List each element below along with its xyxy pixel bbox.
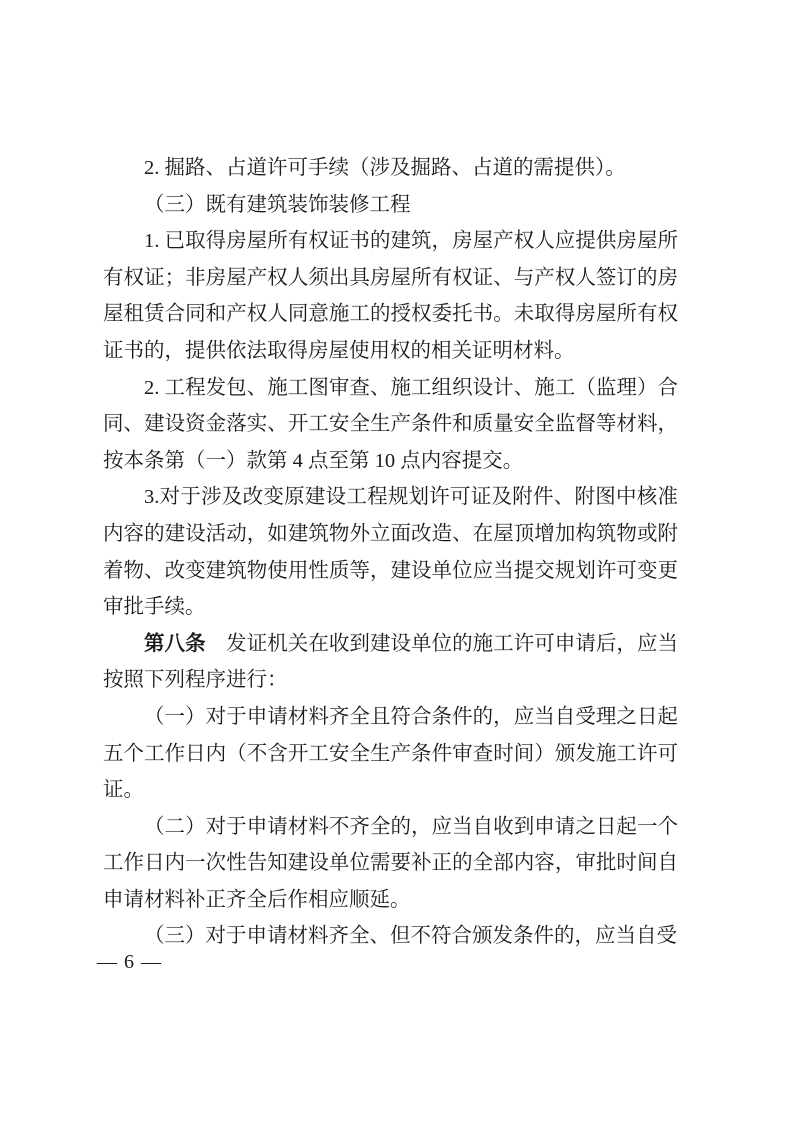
section-heading: （三）既有建筑装饰装修工程: [103, 187, 678, 224]
body-paragraph: （二）对于申请材料不齐全的，应当自收到申请之日起一个工作日内一次性告知建设单位需…: [103, 809, 678, 919]
body-paragraph: 3.对于涉及改变原建设工程规划许可证及附件、附图中核准内容的建设活动，如建筑物外…: [103, 479, 678, 625]
body-paragraph: （三）对于申请材料齐全、但不符合颁发条件的，应当自受: [103, 918, 678, 955]
document-body: 2. 掘路、占道许可手续（涉及掘路、占道的需提供）。 （三）既有建筑装饰装修工程…: [103, 150, 678, 955]
body-paragraph: （一）对于申请材料齐全且符合条件的，应当自受理之日起五个工作日内（不含开工安全生…: [103, 699, 678, 809]
article-paragraph: 第八条 发证机关在收到建设单位的施工许可申请后，应当按照下列程序进行：: [103, 626, 678, 699]
body-paragraph: 2. 掘路、占道许可手续（涉及掘路、占道的需提供）。: [103, 150, 678, 187]
document-page: 2. 掘路、占道许可手续（涉及掘路、占道的需提供）。 （三）既有建筑装饰装修工程…: [0, 0, 793, 1122]
body-paragraph: 2. 工程发包、施工图审查、施工组织设计、施工（监理）合同、建设资金落实、开工安…: [103, 370, 678, 480]
article-number: 第八条: [144, 633, 206, 655]
page-number: — 6 —: [97, 948, 162, 976]
body-paragraph: 1. 已取得房屋所有权证书的建筑，房屋产权人应提供房屋所有权证；非房屋产权人须出…: [103, 223, 678, 369]
